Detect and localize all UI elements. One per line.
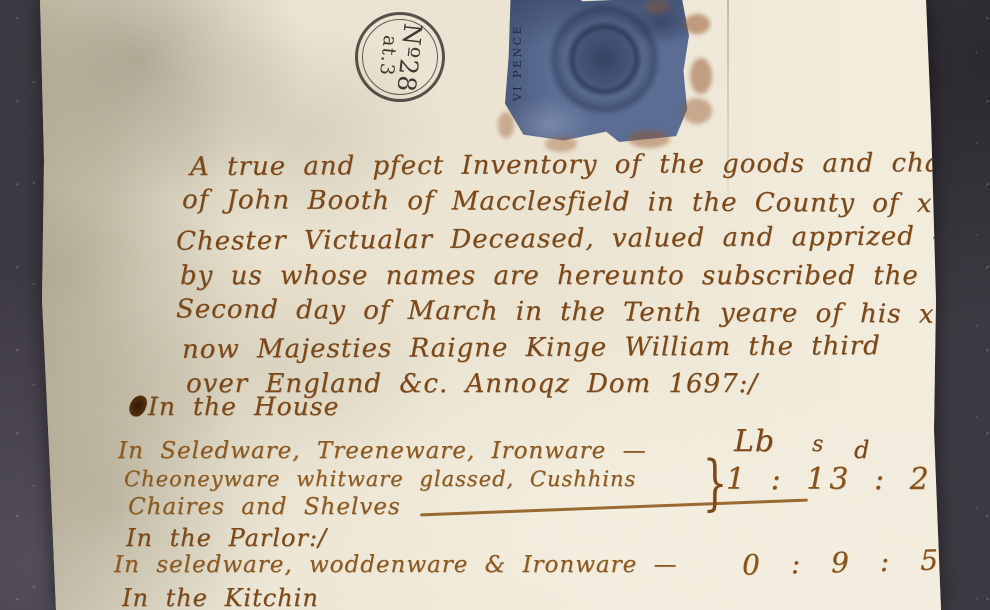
value-parlor: 0 : 9 : 5: [742, 543, 946, 581]
manuscript-line: Chester Victualar Deceased, valued and a…: [176, 221, 959, 256]
section-heading-kitchen: In the Kitchin: [122, 584, 319, 610]
item-text-underlined: glassed, Cushhins: [419, 467, 636, 491]
parchment-document: Nº28 at.3 VI PENCE A true and pfect Inve…: [0, 0, 990, 610]
underline-stroke: [420, 499, 808, 517]
inventory-item: Cheoneyware whitware glassed, Cushhins: [124, 467, 636, 491]
column-header-shillings: s: [812, 432, 824, 457]
inventory-item: In Seledware, Treeneware, Ironware —: [118, 438, 647, 464]
document-wrapper: Nº28 at.3 VI PENCE A true and pfect Inve…: [0, 0, 990, 610]
revenue-stamp: VI PENCE: [505, 0, 689, 142]
section-heading-parlor: In the Parlor:/: [126, 524, 327, 552]
manuscript-line: Second day of March in the Tenth yeare o…: [176, 294, 935, 329]
rust-stain: [498, 112, 514, 138]
manuscript-line: of John Booth of Macclesfield in the Cou…: [182, 185, 933, 219]
rust-stain: [628, 130, 670, 148]
photo-background: Nº28 at.3 VI PENCE A true and pfect Inve…: [0, 0, 990, 610]
manuscript-line: A true and pfect Inventory of the goods …: [190, 148, 990, 182]
rust-stain: [690, 58, 712, 94]
rust-stain: [644, 0, 670, 14]
rust-stain: [682, 98, 712, 124]
rust-stain: [684, 14, 710, 34]
manuscript-line: by us whose names are hereunto subscribe…: [180, 261, 959, 291]
postmark-stamp: Nº28 at.3: [355, 12, 445, 102]
inventory-item: Chaires and Shelves: [128, 494, 401, 520]
column-header-pence: d: [854, 436, 870, 464]
column-header-pounds: Lb: [734, 424, 775, 459]
manuscript-line: now Majesties Raigne Kinge William the t…: [182, 331, 881, 365]
postmark-rate: at.3: [376, 34, 399, 77]
inventory-item: In seledware, woddenware & Ironware —: [114, 552, 678, 578]
ink-blot: [127, 393, 149, 419]
brace-glyph: }: [703, 448, 728, 518]
item-text: Cheoneyware whitware: [124, 467, 419, 491]
value-house: 1 : 13 : 2: [726, 462, 933, 497]
fold-crease: [727, 0, 729, 215]
section-heading-house: In the House: [148, 392, 339, 421]
postmark-text: Nº28 at.3: [354, 11, 446, 103]
revenue-stamp-text: VI PENCE: [511, 24, 524, 101]
